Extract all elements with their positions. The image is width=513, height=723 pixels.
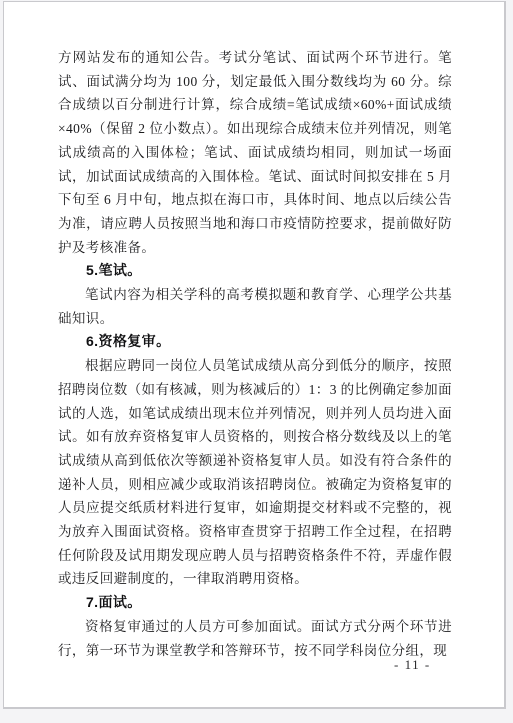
body-paragraph-interview: 资格复审通过的人员方可参加面试。面试方式分两个环节进行，第一环节为课堂教学和答辩… bbox=[58, 615, 452, 662]
scan-canvas: 方网站发布的通知公告。考试分笔试、面试两个环节进行。笔试、面试满分均为 100 … bbox=[0, 0, 513, 723]
section-heading-interview: 7.面试。 bbox=[58, 591, 452, 615]
document-body: 方网站发布的通知公告。考试分笔试、面试两个环节进行。笔试、面试满分均为 100 … bbox=[58, 46, 452, 662]
body-paragraph-continuation: 方网站发布的通知公告。考试分笔试、面试两个环节进行。笔试、面试满分均为 100 … bbox=[58, 46, 452, 259]
page-number: - 11 - bbox=[394, 657, 431, 673]
section-heading-written-exam: 5.笔试。 bbox=[58, 259, 452, 283]
section-heading-qualification-review: 6.资格复审。 bbox=[58, 330, 452, 354]
body-paragraph-written-exam: 笔试内容为相关学科的高考模拟题和教育学、心理学公共基础知识。 bbox=[58, 283, 452, 330]
document-page: 方网站发布的通知公告。考试分笔试、面试两个环节进行。笔试、面试满分均为 100 … bbox=[3, 1, 506, 709]
body-paragraph-qualification-review: 根据应聘同一岗位人员笔试成绩从高分到低分的顺序，按照招聘岗位数（如有核减，则为核… bbox=[58, 354, 452, 591]
